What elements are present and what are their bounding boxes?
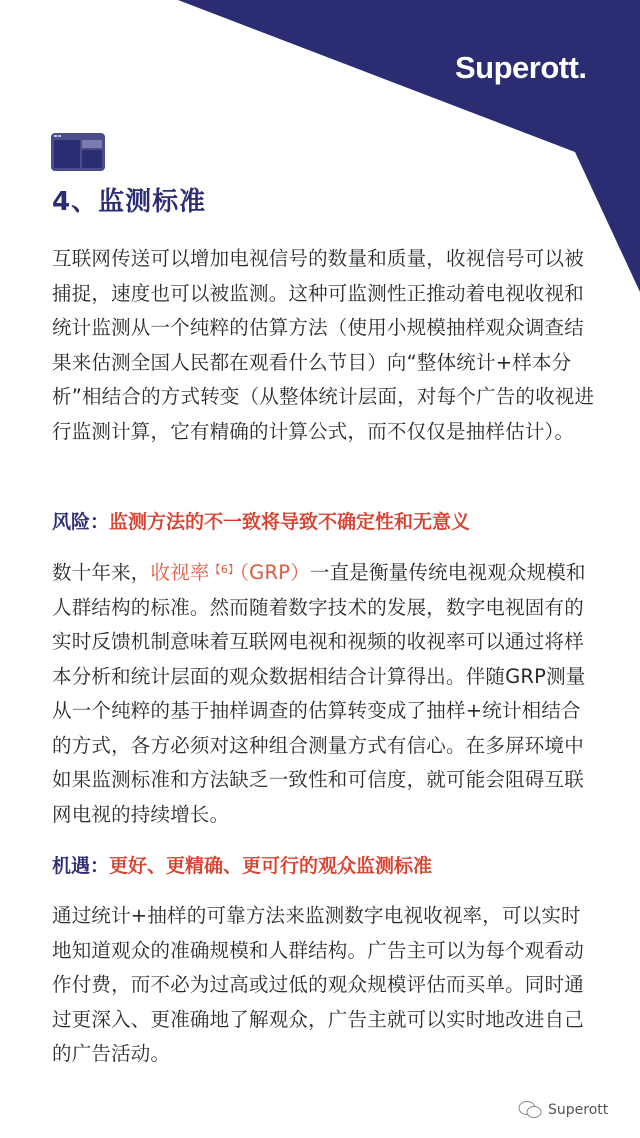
opportunity-text: 更好、更精确、更可行的观众监测标准 [109,855,432,877]
grp-abbrev: （GRP） [239,561,310,584]
risk-label: 风险 [52,511,90,533]
layout-window-icon [51,133,105,171]
grp-highlight: 收视率 [151,561,210,584]
opportunity-label: 机遇 [52,855,90,877]
grp-prefix: 数十年来， [52,561,151,584]
watermark-text: Superott [548,1102,608,1118]
footnote-ref[interactable]: 【6】 [210,563,240,576]
wechat-icon [518,1100,544,1120]
paragraph-intro: 互联网传送可以增加电视信号的数量和质量，收视信号可以被捕捉，速度也可以被监测。这… [52,242,597,449]
opportunity-colon: ： [90,855,109,877]
paragraph-opportunity: 通过统计+抽样的可靠方法来监测数字电视收视率，可以实时地知道观众的准确规模和人群… [52,899,597,1072]
risk-subheading: 风险：监测方法的不一致将导致不确定性和无意义 [52,507,470,534]
risk-colon: ： [90,511,109,533]
brand-logo: Superott. [455,50,587,86]
risk-text: 监测方法的不一致将导致不确定性和无意义 [109,511,470,533]
wechat-watermark: Superott [518,1100,608,1120]
paragraph-grp: 数十年来，收视率【6】（GRP）一直是衡量传统电视观众规模和人群结构的标准。然而… [52,553,597,832]
section-title: 4、监测标准 [52,181,206,218]
opportunity-subheading: 机遇：更好、更精确、更可行的观众监测标准 [52,851,432,878]
grp-rest: 一直是衡量传统电视观众规模和人群结构的标准。然而随着数字技术的发展，数字电视固有… [52,561,586,826]
